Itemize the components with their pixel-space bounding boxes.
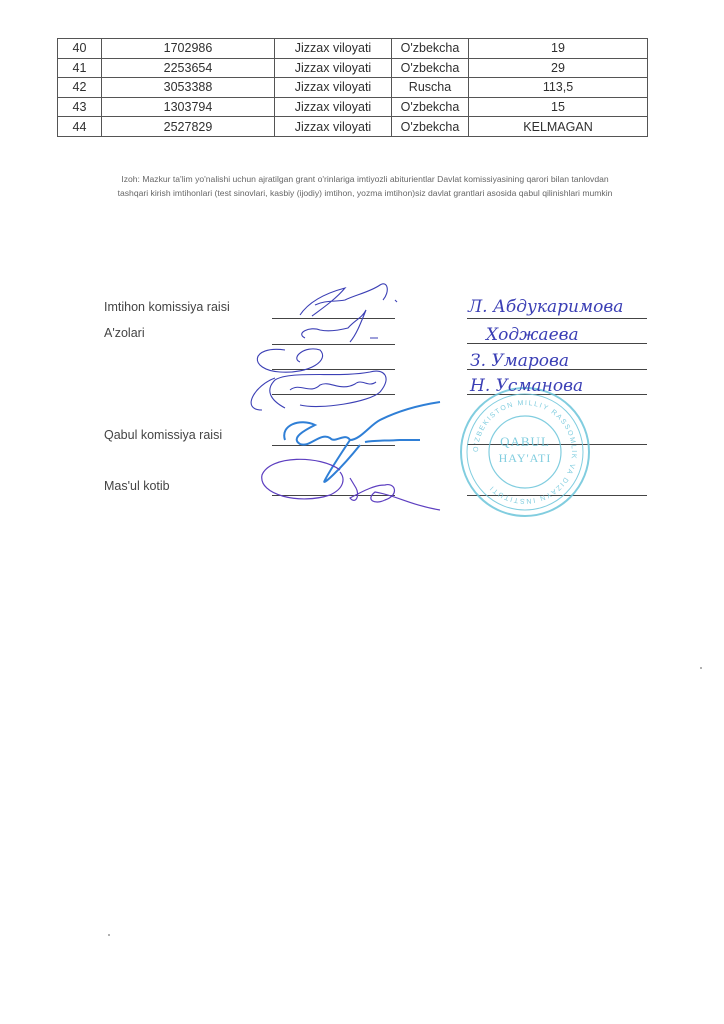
handwritten-name: Н. Усманова <box>469 376 583 396</box>
scan-speck <box>108 934 110 936</box>
handwritten-name: Л. Абдукаримова <box>467 297 623 317</box>
official-stamp: QABUL HAY'ATI O'ZBEKISTON MILLIY RASSOML… <box>461 388 589 516</box>
svg-text:QABUL: QABUL <box>500 434 550 449</box>
handwritten-name: З. Умарова <box>470 351 569 371</box>
svg-text:HAY'ATI: HAY'ATI <box>499 451 552 465</box>
admission-chair-signature <box>284 402 440 482</box>
scan-speck <box>700 667 702 669</box>
secretary-signature <box>262 459 440 510</box>
handwritten-signatures <box>251 284 397 410</box>
signatures-and-stamp: QABUL HAY'ATI O'ZBEKISTON MILLIY RASSOML… <box>0 0 724 1024</box>
handwritten-name: Ходжаева <box>484 325 579 345</box>
